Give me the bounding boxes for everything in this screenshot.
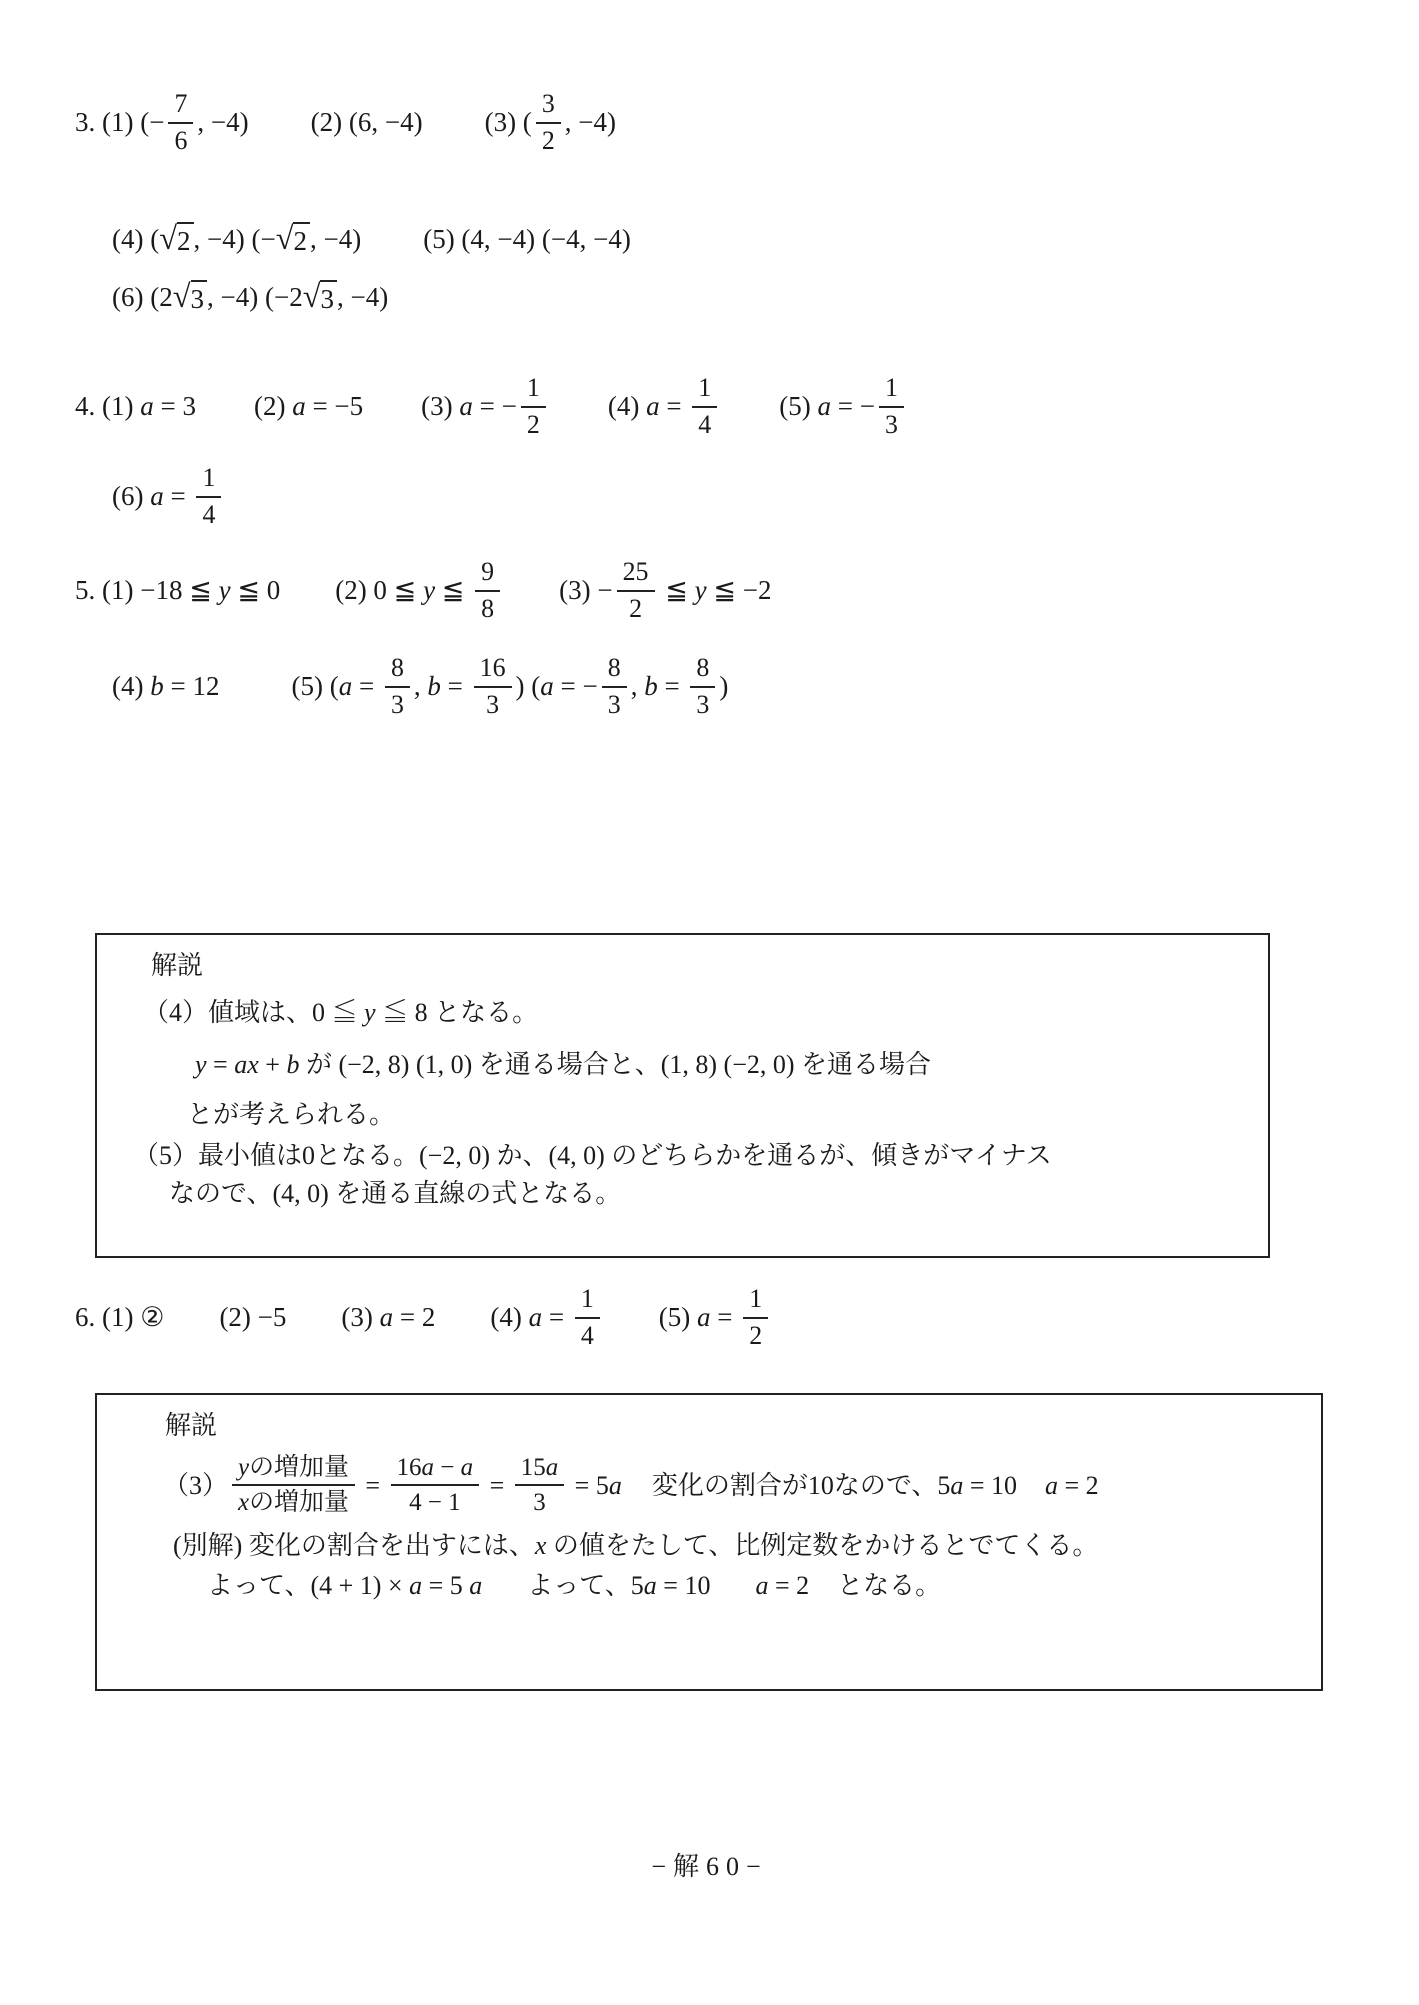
- math-variable: x: [247, 1048, 259, 1082]
- math-text: 8: [391, 654, 404, 683]
- math-text: = −5: [306, 389, 363, 424]
- math-text: 変化の割合が10なので、5: [652, 1469, 950, 1503]
- math-variable: a: [459, 389, 473, 424]
- explanation-box-1-line4: （5）最小値は0となる。(−2, 0) か、(4, 0) のどちらかを通るが、傾…: [133, 1139, 1244, 1173]
- explanation-box-1-line2: y = ax + b が (−2, 8) (1, 0) を通る場合と、(1, 8…: [195, 1048, 1244, 1082]
- math-variable: y: [238, 1454, 249, 1481]
- math-text: ) (: [516, 669, 541, 704]
- denominator: 4: [196, 498, 221, 530]
- math-variable: y: [195, 1048, 207, 1082]
- math-text: =: [658, 669, 687, 704]
- math-text: 3: [696, 691, 709, 720]
- math-text: ): [719, 669, 728, 704]
- math-text: 3: [608, 691, 621, 720]
- math-text: =: [359, 1469, 387, 1503]
- numerator: 9: [475, 558, 500, 592]
- numerator: yの増加量: [232, 1454, 355, 1486]
- math-text: = 2: [1058, 1469, 1099, 1503]
- math-text: =: [660, 389, 689, 424]
- math-text: (3) −: [559, 573, 612, 608]
- denominator: 2: [536, 124, 561, 156]
- math-text: (4): [490, 1300, 528, 1335]
- math-variable: b: [644, 669, 658, 704]
- math-text: なので、(4, 0) を通る直線の式となる。: [169, 1177, 621, 1211]
- math-variable: a: [646, 389, 660, 424]
- math-variable: a: [529, 1300, 543, 1335]
- math-text: = 3: [154, 389, 196, 424]
- denominator: 2: [623, 592, 648, 624]
- math-variable: a: [292, 389, 306, 424]
- math-text: −: [434, 1454, 461, 1481]
- spacer: [504, 590, 559, 591]
- fraction: 14: [575, 1285, 600, 1350]
- page-footer: −解60−: [0, 1846, 1419, 1883]
- math-variable: a: [150, 479, 164, 514]
- numerator: 15a: [515, 1454, 564, 1486]
- spacer: [710, 1585, 755, 1586]
- numerator: 16a − a: [391, 1454, 479, 1486]
- math-text: 1: [527, 374, 540, 403]
- explanation-box-2-line3: よって、(4 + 1) × a = 5 aよって、5a = 10a = 2となる…: [207, 1569, 1297, 1603]
- radical-sign-icon: √: [159, 222, 177, 256]
- fraction: 98: [475, 558, 500, 623]
- fraction: 83: [602, 654, 627, 719]
- math-text: 4. (1): [75, 389, 140, 424]
- numerator: 3: [536, 90, 561, 124]
- fraction: 32: [536, 90, 561, 155]
- spacer: [196, 406, 254, 407]
- spacer: [482, 1585, 527, 1586]
- explanation-box-1-line5: なので、(4, 0) を通る直線の式となる。: [169, 1177, 1244, 1211]
- spacer: [249, 122, 311, 123]
- math-variable: a: [140, 389, 154, 424]
- fraction: 76: [168, 90, 193, 155]
- answer-row-4-line1: 4. (1) a = 3(2) a = −5(3) a = −12(4) a =…: [75, 372, 908, 441]
- math-text: 3: [533, 1489, 545, 1516]
- math-text: ,: [631, 669, 645, 704]
- math-text: (3): [421, 389, 459, 424]
- math-text: , −4): [337, 280, 388, 315]
- spacer: [809, 1585, 837, 1586]
- math-variable: x: [535, 1529, 547, 1563]
- radicand: 3: [320, 280, 337, 315]
- denominator: 2: [743, 1319, 768, 1351]
- math-variable: a: [461, 1454, 473, 1481]
- spacer: [363, 406, 421, 407]
- math-text: 2: [542, 127, 555, 156]
- math-variable: y: [695, 573, 707, 608]
- denominator: 3: [879, 408, 904, 440]
- math-text: (5) (4, −4) (−4, −4): [423, 222, 631, 257]
- math-text: = −: [554, 669, 598, 704]
- math-text: = 2: [768, 1569, 809, 1603]
- math-text: = 5: [568, 1469, 609, 1503]
- denominator: 4: [692, 408, 717, 440]
- math-variable: a: [817, 389, 831, 424]
- math-text: 3: [486, 691, 499, 720]
- numerator: 1: [743, 1285, 768, 1319]
- denominator: xの増加量: [232, 1486, 355, 1516]
- math-text: 3: [542, 90, 555, 119]
- spacer: [721, 406, 779, 407]
- spacer: [1017, 1485, 1045, 1486]
- math-text: (4) (: [112, 222, 159, 257]
- math-text: 4: [698, 411, 711, 440]
- math-text: 8: [696, 654, 709, 683]
- math-variable: a: [409, 1569, 422, 1603]
- numerator: 8: [602, 654, 627, 688]
- math-text: 4: [202, 501, 215, 530]
- math-text: , −4): [310, 222, 361, 257]
- sqrt-expression: √3: [303, 280, 337, 315]
- answer-row-3-line1: 3. (1) (−76, −4)(2) (6, −4)(3) (32, −4): [75, 88, 616, 157]
- math-text: （4）値域は、0 ≦: [143, 996, 364, 1030]
- math-text: = 2: [393, 1300, 435, 1335]
- spacer: [280, 590, 335, 591]
- math-text: (2) (6, −4): [311, 105, 423, 140]
- math-text: 1: [749, 1285, 762, 1314]
- answer-row-3-line3: (6) (2√3, −4) (−2√3, −4): [112, 280, 388, 315]
- sqrt-expression: √2: [276, 222, 310, 257]
- explanation-box-1-title: 解説: [151, 945, 1244, 982]
- math-text: , −4): [565, 105, 616, 140]
- denominator: 6: [168, 124, 193, 156]
- math-text: 8: [608, 654, 621, 683]
- math-text: ≦ 0: [231, 573, 281, 608]
- math-text: =: [542, 1300, 571, 1335]
- sqrt-expression: √3: [173, 280, 207, 315]
- math-text: が (−2, 8) (1, 0) を通る場合と、(1, 8) (−2, 0) を…: [299, 1048, 931, 1082]
- math-text: ≦ −2: [707, 573, 772, 608]
- math-text: (3): [341, 1300, 379, 1335]
- fraction: 12: [743, 1285, 768, 1350]
- math-text: , −4): [197, 105, 248, 140]
- math-text: = −: [831, 389, 875, 424]
- math-text: 1: [202, 464, 215, 493]
- numerator: 16: [474, 654, 512, 688]
- numerator: 1: [575, 1285, 600, 1319]
- numerator: 8: [690, 654, 715, 688]
- numerator: 1: [879, 374, 904, 408]
- denominator: 3: [385, 688, 410, 720]
- math-variable: a: [644, 1569, 657, 1603]
- math-text: 9: [481, 558, 494, 587]
- fraction: yの増加量xの増加量: [232, 1454, 355, 1517]
- math-text: ≦ 8 となる。: [376, 996, 539, 1030]
- fraction: 83: [385, 654, 410, 719]
- fraction: 83: [690, 654, 715, 719]
- explanation-box-2-line2: (別解) 変化の割合を出すには、x の値をたして、比例定数をかけるとでてくる。: [173, 1529, 1297, 1563]
- math-variable: a: [339, 669, 353, 704]
- fraction: 14: [692, 374, 717, 439]
- math-text: =: [711, 1300, 740, 1335]
- fraction: 13: [879, 374, 904, 439]
- math-text: = 10: [657, 1569, 711, 1603]
- math-text: (6): [112, 479, 150, 514]
- answer-row-6-line1: 6. (1) ②(2) −5(3) a = 2(4) a = 14(5) a =…: [75, 1283, 772, 1352]
- math-variable: b: [286, 1048, 299, 1082]
- radicand: 3: [191, 280, 208, 315]
- spacer: [435, 1317, 490, 1318]
- numerator: 8: [385, 654, 410, 688]
- spacer: [622, 1485, 652, 1486]
- denominator: 2: [521, 408, 546, 440]
- math-text: 8: [481, 595, 494, 624]
- spacer: [286, 1317, 341, 1318]
- math-variable: a: [540, 669, 554, 704]
- math-text: 25: [623, 558, 649, 587]
- math-text: 16: [480, 654, 506, 683]
- radical-sign-icon: √: [173, 280, 191, 314]
- math-variable: b: [427, 669, 441, 704]
- math-text: = 5: [422, 1569, 469, 1603]
- math-text: （5）最小値は0となる。(−2, 0) か、(4, 0) のどちらかを通るが、傾…: [133, 1139, 1052, 1173]
- math-text: =: [164, 479, 193, 514]
- math-text: 3: [391, 691, 404, 720]
- math-text: =: [441, 669, 470, 704]
- fraction: 16a − a4 − 1: [391, 1454, 479, 1517]
- math-text: = 12: [164, 669, 220, 704]
- denominator: 8: [475, 592, 500, 624]
- math-text: (2): [254, 389, 292, 424]
- math-text: 4: [581, 1322, 594, 1351]
- math-text: 2: [749, 1322, 762, 1351]
- math-text: =: [352, 669, 381, 704]
- spacer: [550, 406, 608, 407]
- math-text: (別解) 変化の割合を出すには、: [173, 1529, 535, 1563]
- answer-row-3-line2: (4) (√2, −4) (−√2, −4)(5) (4, −4) (−4, −…: [112, 222, 631, 257]
- denominator: 4 − 1: [403, 1486, 467, 1516]
- math-text: ≦: [435, 573, 471, 608]
- math-variable: a: [234, 1048, 247, 1082]
- math-text: 6: [174, 127, 187, 156]
- math-text: (3) (: [485, 105, 532, 140]
- fraction: 252: [617, 558, 655, 623]
- math-text: とが考えられる。: [187, 1098, 395, 1132]
- spacer: [219, 686, 291, 687]
- math-variable: a: [380, 1300, 394, 1335]
- math-text: 16: [397, 1454, 422, 1481]
- math-text: 4 − 1: [409, 1489, 461, 1516]
- math-variable: x: [238, 1489, 249, 1516]
- math-text: 1: [581, 1285, 594, 1314]
- math-text: , −4) (−: [194, 222, 276, 257]
- math-text: (6) (2: [112, 280, 173, 315]
- numerator: 1: [692, 374, 717, 408]
- answer-row-4-line2: (6) a = 14: [112, 462, 225, 531]
- math-text: = −: [473, 389, 517, 424]
- math-text: の増加量: [249, 1489, 349, 1516]
- math-text: =: [207, 1048, 235, 1082]
- spacer: [361, 239, 423, 240]
- denominator: 3: [527, 1486, 551, 1516]
- math-text: 6. (1) ②: [75, 1300, 164, 1335]
- document-page: 3. (1) (−76, −4)(2) (6, −4)(3) (32, −4) …: [0, 0, 1419, 2005]
- sqrt-expression: √2: [159, 222, 193, 257]
- radicand: 2: [177, 222, 194, 257]
- math-text: (5): [779, 389, 817, 424]
- math-text: 7: [174, 90, 187, 119]
- spacer: [164, 1317, 219, 1318]
- math-text: (5): [659, 1300, 697, 1335]
- math-text: （3）: [163, 1469, 228, 1503]
- fraction: 15a3: [515, 1454, 564, 1517]
- numerator: 1: [521, 374, 546, 408]
- math-text: よって、5: [527, 1569, 643, 1603]
- numerator: 1: [196, 464, 221, 498]
- math-variable: b: [150, 669, 164, 704]
- math-text: 3: [885, 411, 898, 440]
- answer-row-5-line1: 5. (1) −18 ≦ y ≦ 0(2) 0 ≦ y ≦ 98(3) −252…: [75, 556, 771, 625]
- math-variable: a: [609, 1469, 622, 1503]
- math-text: =: [483, 1469, 511, 1503]
- math-text: (4): [608, 389, 646, 424]
- radical-sign-icon: √: [303, 280, 321, 314]
- numerator: 7: [168, 90, 193, 124]
- fraction: 163: [474, 654, 512, 719]
- math-variable: a: [697, 1300, 711, 1335]
- math-text: 2: [629, 595, 642, 624]
- math-text: の値をたして、比例定数をかけるとでてくる。: [546, 1529, 1098, 1563]
- radical-sign-icon: √: [276, 222, 294, 256]
- math-variable: y: [219, 573, 231, 608]
- denominator: 4: [575, 1319, 600, 1351]
- math-variable: a: [469, 1569, 482, 1603]
- math-text: 1: [698, 374, 711, 403]
- math-text: の増加量: [249, 1454, 349, 1481]
- explanation-box-1: 解説 （4）値域は、0 ≦ y ≦ 8 となる。 y = ax + b が (−…: [95, 933, 1270, 1258]
- math-text: +: [259, 1048, 287, 1082]
- math-text: (5) (: [291, 669, 338, 704]
- math-variable: a: [1045, 1469, 1058, 1503]
- math-text: (2) 0 ≦: [335, 573, 423, 608]
- math-text: (4): [112, 669, 150, 704]
- math-variable: a: [422, 1454, 434, 1481]
- math-text: ,: [414, 669, 428, 704]
- fraction: 12: [521, 374, 546, 439]
- math-text: (2) −5: [219, 1300, 286, 1335]
- explanation-box-1-line3: とが考えられる。: [187, 1098, 1244, 1132]
- math-text: = 10: [963, 1469, 1017, 1503]
- math-variable: y: [423, 573, 435, 608]
- math-text: 3. (1) (−: [75, 105, 164, 140]
- math-text: 1: [885, 374, 898, 403]
- math-variable: a: [950, 1469, 963, 1503]
- math-text: , −4) (−2: [207, 280, 303, 315]
- math-text: となる。: [837, 1569, 941, 1603]
- math-variable: y: [364, 996, 376, 1030]
- spacer: [604, 1317, 659, 1318]
- explanation-box-1-line1: （4）値域は、0 ≦ y ≦ 8 となる。: [143, 996, 1244, 1030]
- math-variable: a: [546, 1454, 558, 1481]
- math-text: 5. (1) −18 ≦: [75, 573, 219, 608]
- explanation-box-2-title: 解説: [165, 1405, 1297, 1442]
- denominator: 3: [480, 688, 505, 720]
- spacer: [423, 122, 485, 123]
- answer-row-5-line2: (4) b = 12(5) (a = 83, b = 163) (a = −83…: [112, 652, 728, 721]
- numerator: 25: [617, 558, 655, 592]
- math-variable: a: [755, 1569, 768, 1603]
- explanation-box-2: 解説 （3）yの増加量xの増加量 = 16a − a4 − 1 = 15a3 =…: [95, 1393, 1323, 1691]
- math-text: 2: [527, 411, 540, 440]
- radicand: 2: [293, 222, 310, 257]
- math-text: ≦: [659, 573, 695, 608]
- denominator: 3: [602, 688, 627, 720]
- denominator: 3: [690, 688, 715, 720]
- math-text: 15: [521, 1454, 546, 1481]
- fraction: 14: [196, 464, 221, 529]
- explanation-box-2-line1: （3）yの増加量xの増加量 = 16a − a4 − 1 = 15a3 = 5a…: [163, 1452, 1297, 1519]
- math-text: よって、(4 + 1) ×: [207, 1569, 409, 1603]
